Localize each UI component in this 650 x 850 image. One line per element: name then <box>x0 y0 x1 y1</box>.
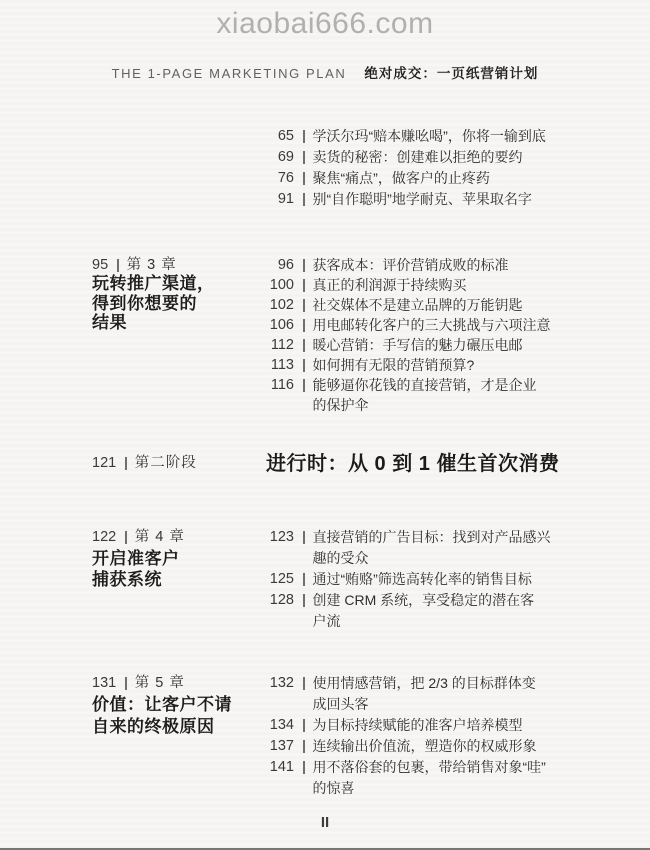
entry-text: 真正的利润源于持续购买 <box>313 275 559 295</box>
phase2-label-row: 121 第二阶段 <box>92 453 197 474</box>
toc-entry: 116 能够逼你花钱的直接营销，才是企业 的保护伞 <box>260 375 559 415</box>
toc-entry: 137 连续输出价值流，塑造你的权威形象 <box>260 736 559 757</box>
entry-page-number: 76 <box>260 168 294 189</box>
page-header: THE 1-PAGE MARKETING PLAN 绝对成交：一页纸营销计划 <box>0 62 650 82</box>
header-title-en: THE 1-PAGE MARKETING PLAN <box>112 66 347 81</box>
book-toc-page: xiaobai666.com THE 1-PAGE MARKETING PLAN… <box>0 0 650 850</box>
divider <box>303 359 305 372</box>
toc-entry: 128 创建 CRM 系统，享受稳定的潜在客 户流 <box>260 590 559 632</box>
entry-text: 聚焦“痛点”，做客户的止疼药 <box>313 168 559 189</box>
entry-page-number: 102 <box>260 295 294 315</box>
entry-page-number: 96 <box>260 255 294 275</box>
divider <box>303 339 305 352</box>
watermark-text: xiaobai666.com <box>0 5 650 43</box>
entry-text: 获客成本：评价营销成败的标准 <box>313 255 559 275</box>
divider <box>303 573 305 586</box>
entry-page-number: 112 <box>260 335 294 355</box>
chapter4-entries: 123 直接营销的广告目标：找到对产品感兴 趣的受众 125 通过“贿赂”筛选高… <box>260 527 559 632</box>
entry-page-number: 132 <box>260 673 294 694</box>
toc-entry: 102 社交媒体不是建立品牌的万能钥匙 <box>260 295 559 315</box>
divider <box>125 677 127 690</box>
toc-entry: 96 获客成本：评价营销成败的标准 <box>260 255 559 275</box>
chapter3-title: 玩转推广渠道， 得到你想要的 结果 <box>92 274 215 333</box>
divider <box>303 379 305 392</box>
entry-text: 直接营销的广告目标：找到对产品感兴 趣的受众 <box>313 527 559 569</box>
toc-entry: 123 直接营销的广告目标：找到对产品感兴 趣的受众 <box>260 527 559 569</box>
entry-page-number: 137 <box>260 736 294 757</box>
divider <box>303 299 305 312</box>
divider <box>303 719 305 732</box>
toc-entry: 125 通过“贿赂”筛选高转化率的销售目标 <box>260 569 559 590</box>
chapter3-entries: 96 获客成本：评价营销成败的标准 100 真正的利润源于持续购买 102 社交… <box>260 255 559 415</box>
chapter-number-label: 第 5 章 <box>135 673 185 694</box>
entry-text: 通过“贿赂”筛选高转化率的销售目标 <box>313 569 559 590</box>
divider <box>303 677 305 690</box>
entry-text: 用电邮转化客户的三大挑战与六项注意 <box>313 315 559 335</box>
chapter5-title: 价值：让客户不请 自来的终极原因 <box>92 694 232 738</box>
entry-text: 用不落俗套的包裹，带给销售对象“哇” 的惊喜 <box>313 757 559 799</box>
toc-entry: 113 如何拥有无限的营销预算? <box>260 355 559 375</box>
entry-page-number: 123 <box>260 527 294 548</box>
chapter5-entries: 132 使用情感营销，把 2/3 的目标群体变 成回头客 134 为目标持续赋能… <box>260 673 559 799</box>
divider <box>125 531 127 544</box>
entry-page-number: 128 <box>260 590 294 611</box>
toc-intro-list: 65 学沃尔玛“赔本赚吆喝”，你将一输到底 69 卖货的秘密：创建难以拒绝的要约… <box>260 126 559 210</box>
divider <box>303 172 305 185</box>
divider <box>303 319 305 332</box>
entry-text: 连续输出价值流，塑造你的权威形象 <box>313 736 559 757</box>
entry-text: 为目标持续赋能的准客户培养模型 <box>313 715 559 736</box>
entry-text: 学沃尔玛“赔本赚吆喝”，你将一输到底 <box>313 126 559 147</box>
entry-page-number: 141 <box>260 757 294 778</box>
header-title-zh: 绝对成交：一页纸营销计划 <box>364 62 538 82</box>
entry-page-number: 113 <box>260 355 294 375</box>
phase2-heading: 进行时：从 0 到 1 催生首次消费 <box>266 452 559 476</box>
entry-text: 卖货的秘密：创建难以拒绝的要约 <box>313 147 559 168</box>
chapter-number-label: 第 3 章 <box>127 255 177 276</box>
entry-text: 暖心营销：手写信的魅力碾压电邮 <box>313 335 559 355</box>
divider <box>303 594 305 607</box>
toc-entry: 112 暖心营销：手写信的魅力碾压电邮 <box>260 335 559 355</box>
toc-entry: 106 用电邮转化客户的三大挑战与六项注意 <box>260 315 559 335</box>
divider <box>303 279 305 292</box>
chapter-number-label: 第 4 章 <box>135 527 185 548</box>
chapter-page-number: 95 <box>92 255 108 276</box>
divider <box>303 259 305 272</box>
toc-entry: 69 卖货的秘密：创建难以拒绝的要约 <box>260 147 559 168</box>
entry-page-number: 100 <box>260 275 294 295</box>
phase-label: 第二阶段 <box>135 453 197 474</box>
toc-entry: 65 学沃尔玛“赔本赚吆喝”，你将一输到底 <box>260 126 559 147</box>
chapter-page-number: 131 <box>92 673 116 694</box>
divider <box>303 193 305 206</box>
toc-entry: 134 为目标持续赋能的准客户培养模型 <box>260 715 559 736</box>
divider <box>125 457 127 470</box>
entry-page-number: 125 <box>260 569 294 590</box>
divider <box>117 259 119 272</box>
entry-page-number: 65 <box>260 126 294 147</box>
entry-page-number: 91 <box>260 189 294 210</box>
chapter4-label-row: 122 第 4 章 <box>92 527 185 548</box>
phase-page-number: 121 <box>92 453 116 474</box>
toc-entry: 141 用不落俗套的包裹，带给销售对象“哇” 的惊喜 <box>260 757 559 799</box>
entry-text: 社交媒体不是建立品牌的万能钥匙 <box>313 295 559 315</box>
entry-text: 别“自作聪明”地学耐克、苹果取名字 <box>313 189 559 210</box>
entry-page-number: 69 <box>260 147 294 168</box>
chapter-page-number: 122 <box>92 527 116 548</box>
toc-entry: 100 真正的利润源于持续购买 <box>260 275 559 295</box>
divider <box>303 740 305 753</box>
divider <box>303 130 305 143</box>
toc-entry: 91 别“自作聪明”地学耐克、苹果取名字 <box>260 189 559 210</box>
page-number-footer: II <box>0 814 650 831</box>
toc-entry: 76 聚焦“痛点”，做客户的止疼药 <box>260 168 559 189</box>
entry-page-number: 106 <box>260 315 294 335</box>
toc-entry: 132 使用情感营销，把 2/3 的目标群体变 成回头客 <box>260 673 559 715</box>
divider <box>303 531 305 544</box>
divider <box>303 761 305 774</box>
divider <box>303 151 305 164</box>
chapter5-label-row: 131 第 5 章 <box>92 673 185 694</box>
entry-text: 使用情感营销，把 2/3 的目标群体变 成回头客 <box>313 673 559 715</box>
chapter4-title: 开启准客户 捕获系统 <box>92 549 180 590</box>
entry-text: 能够逼你花钱的直接营销，才是企业 的保护伞 <box>313 375 559 415</box>
entry-text: 创建 CRM 系统，享受稳定的潜在客 户流 <box>313 590 559 632</box>
entry-text: 如何拥有无限的营销预算? <box>313 355 559 375</box>
chapter3-label-row: 95 第 3 章 <box>92 255 177 276</box>
entry-page-number: 134 <box>260 715 294 736</box>
entry-page-number: 116 <box>260 375 294 395</box>
